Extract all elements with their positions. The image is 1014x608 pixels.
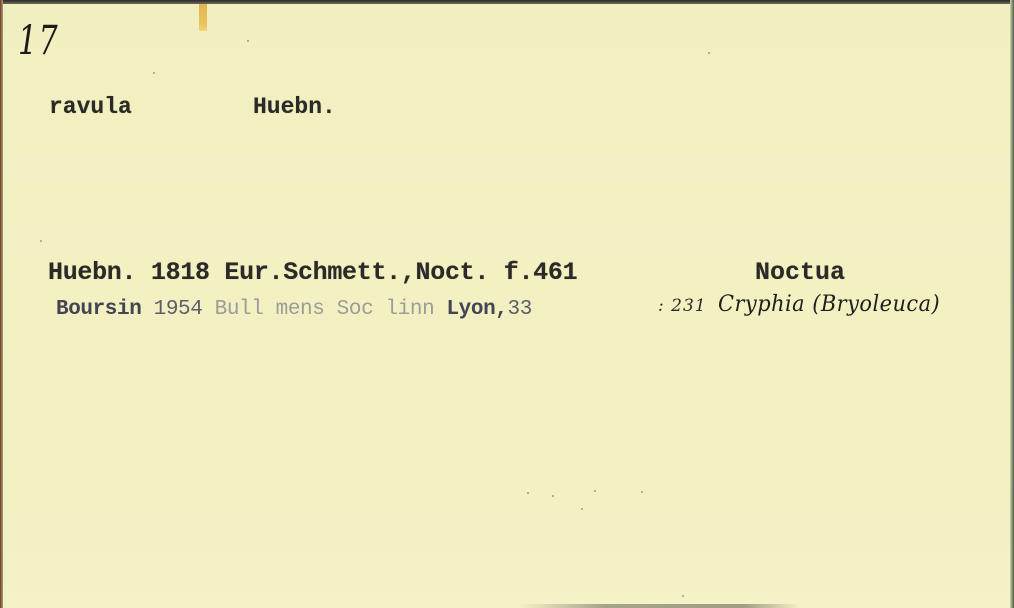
primary-genus: Noctua (755, 258, 845, 287)
handwritten-genus: Cryphia (Bryoleuca) (718, 292, 940, 317)
handwritten-index-number: 17 (18, 18, 59, 64)
card-left-edge (0, 0, 3, 608)
index-card: 17 ravula Huebn. Huebn. 1818 Eur.Schmett… (0, 0, 1014, 608)
secondary-journal-city: Lyon, (446, 298, 507, 321)
handwritten-page: : 231 (658, 296, 707, 316)
primary-citation: Huebn. 1818 Eur.Schmett.,Noct. f.461 (48, 258, 577, 287)
card-right-edge (1010, 0, 1014, 608)
secondary-citation: Boursin 1954 Bull mens Soc linn Lyon,33 (56, 298, 532, 321)
secondary-volume: 33 (508, 298, 532, 321)
secondary-year: 1954 (154, 298, 203, 321)
card-top-edge (0, 0, 1014, 4)
species-author: Huebn. (253, 94, 336, 120)
tape-mark (199, 4, 207, 31)
card-bottom-shadow (520, 604, 800, 608)
secondary-author: Boursin (56, 298, 141, 321)
species-name: ravula (49, 94, 132, 120)
secondary-journal: Bull mens Soc linn (215, 298, 435, 321)
